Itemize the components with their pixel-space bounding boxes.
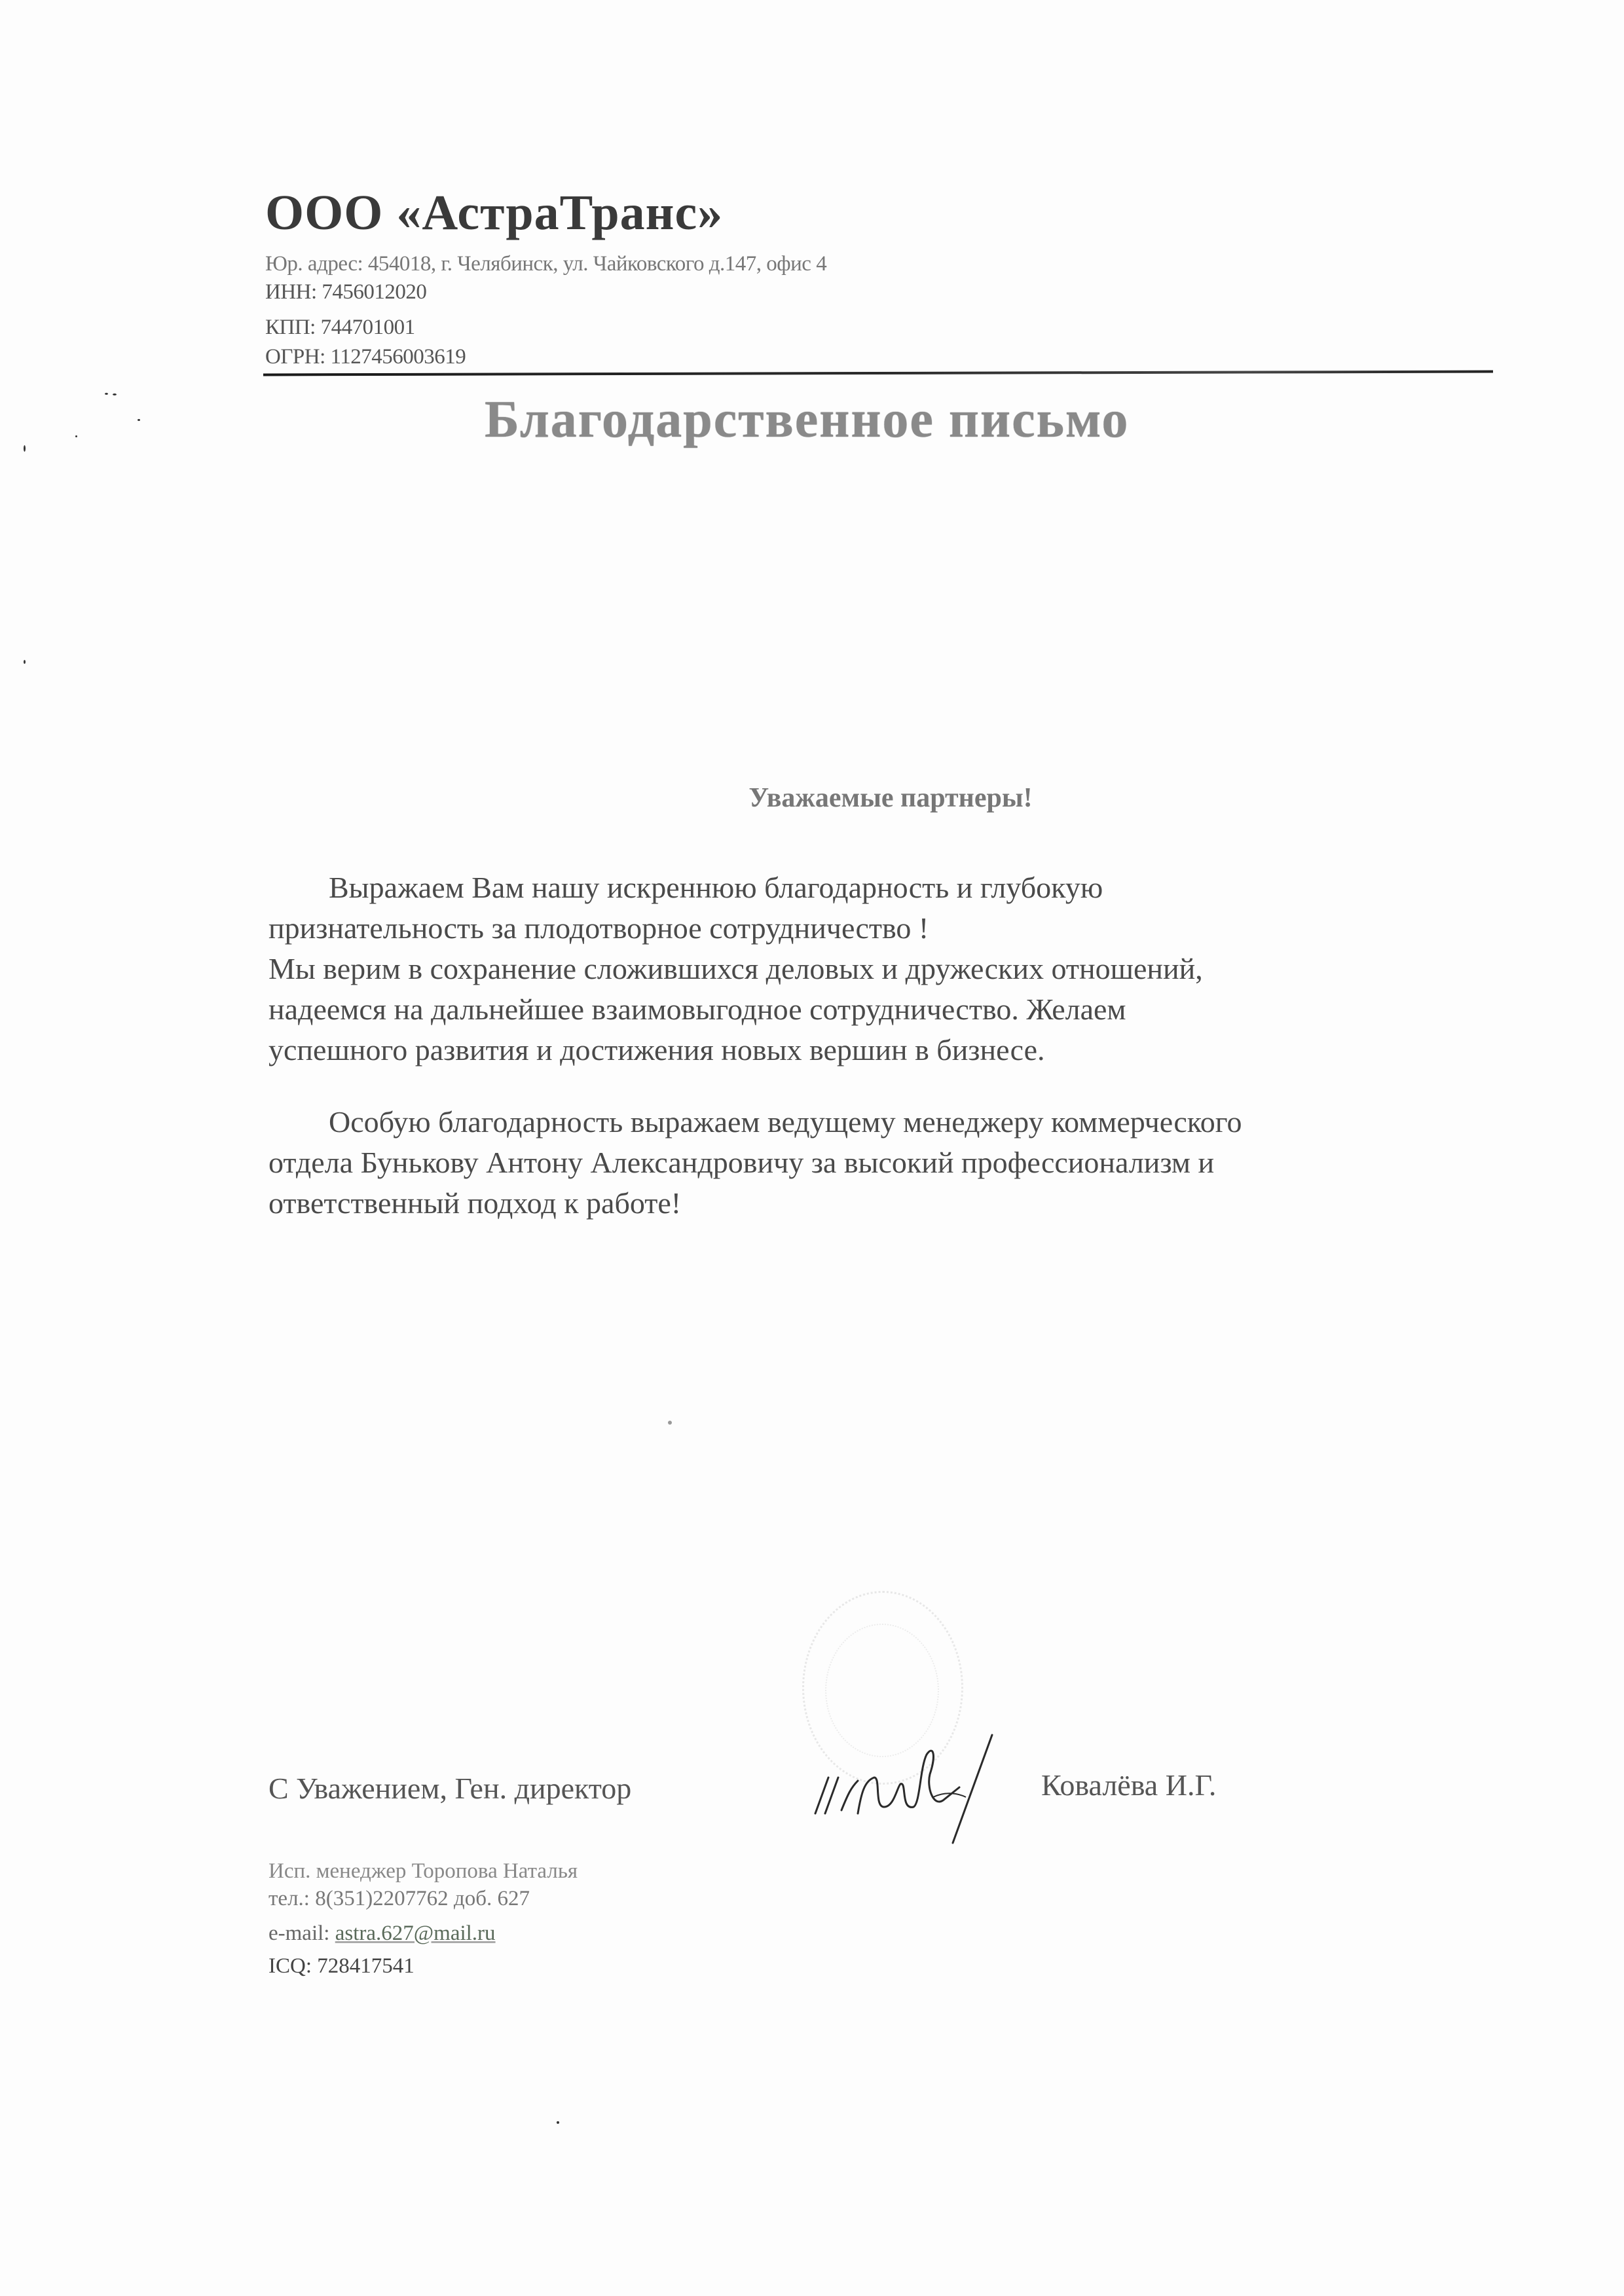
signature-icon: [802, 1715, 1018, 1846]
company-name: ООО «АстраТранс»: [265, 185, 723, 242]
scan-speck: [105, 393, 108, 395]
ogrn: ОГРН: 1127456003619: [265, 345, 466, 369]
body-line: ответственный подход к работе!: [268, 1183, 1500, 1224]
contact-icq: ICQ: 728417541: [268, 1954, 415, 1978]
salutation-text: Уважаемые партнеры!: [748, 783, 1032, 813]
scan-speck: [138, 419, 140, 421]
scan-speck: [668, 1421, 672, 1425]
email-link[interactable]: astra.627@mail.ru: [335, 1922, 496, 1945]
body-line: Особую благодарность выражаем ведущему м…: [268, 1102, 1500, 1142]
body-line: Выражаем Вам нашу искреннюю благодарност…: [268, 867, 1500, 908]
scan-speck: [24, 445, 26, 452]
body-line: успешного развития и достижения новых ве…: [268, 1030, 1500, 1070]
email-label: e-mail:: [268, 1922, 335, 1945]
letter-page: ООО «АстраТранс» Юр. адрес: 454018, г. Ч…: [0, 0, 1624, 2296]
legal-address: Юр. адрес: 454018, г. Челябинск, ул. Чай…: [265, 252, 826, 276]
body-line: признательность за плодотворное сотрудни…: [268, 908, 1500, 949]
paragraph-gratitude: Выражаем Вам нашу искреннюю благодарност…: [268, 867, 1500, 1070]
scan-speck: [113, 393, 117, 395]
header-divider: [263, 371, 1493, 376]
signatory-name: Ковалёва И.Г.: [1041, 1768, 1216, 1802]
document-title: Благодарственное письмо: [485, 390, 1129, 450]
contact-email-row: e-mail: astra.627@mail.ru: [268, 1922, 496, 1946]
closing-regards: С Уважением, Ген. директор: [268, 1771, 631, 1806]
body-line: Мы верим в сохранение сложившихся деловы…: [268, 949, 1500, 989]
contact-phone: тел.: 8(351)2207762 доб. 627: [268, 1887, 530, 1911]
scan-speck: [24, 660, 26, 664]
body-line: надеемся на дальнейшее взаимовыгодное со…: [268, 989, 1500, 1030]
scan-speck: [557, 2121, 559, 2124]
body-line: отдела Бунькову Антону Александровичу за…: [268, 1142, 1500, 1183]
inn: ИНН: 7456012020: [265, 280, 426, 304]
scan-speck: [75, 435, 77, 437]
contact-manager: Исп. менеджер Торопова Наталья: [268, 1859, 578, 1884]
paragraph-special-thanks: Особую благодарность выражаем ведущему м…: [268, 1102, 1500, 1224]
salutation: Уважаемые партнеры!: [0, 782, 1624, 814]
kpp: КПП: 744701001: [265, 316, 415, 340]
